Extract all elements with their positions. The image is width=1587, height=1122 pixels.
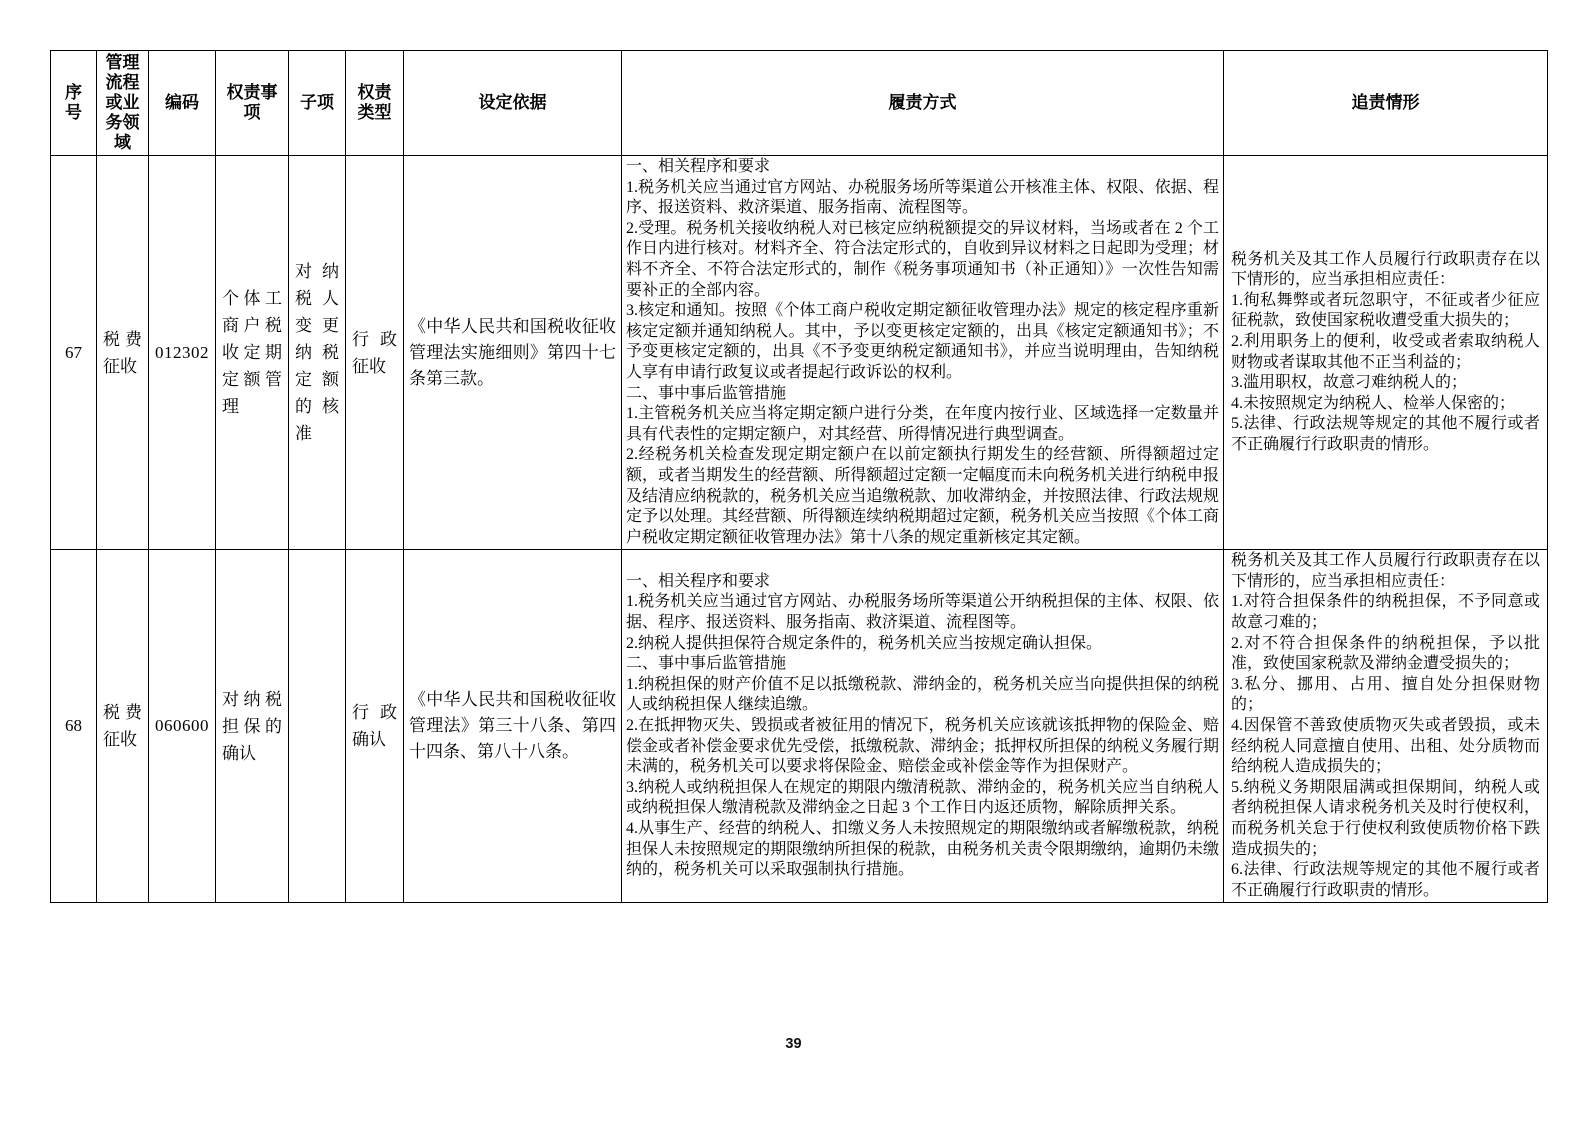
cell-basis: 《中华人民共和国税收征收管理法》第三十八条、第四十四条、第八十八条。 — [404, 550, 622, 903]
cell-subitem — [289, 550, 346, 903]
page-number: 39 — [0, 1036, 1587, 1052]
responsibility-list-table: 序号 管理流程或业务领域 编码 权责事项 子项 权责类型 设定依据 履责方式 追… — [50, 50, 1548, 903]
cell-liability: 税务机关及其工作人员履行行政职责存在以下情形的，应当承担相应责任： 1.徇私舞弊… — [1224, 156, 1548, 550]
col-header-type: 权责类型 — [346, 51, 404, 156]
header-row: 序号 管理流程或业务领域 编码 权责事项 子项 权责类型 设定依据 履责方式 追… — [51, 51, 1548, 156]
cell-duty-method: 一、相关程序和要求 1.税务机关应当通过官方网站、办税服务场所等渠道公开纳税担保… — [622, 550, 1224, 903]
col-header-basis: 设定依据 — [404, 51, 622, 156]
cell-type: 行政确认 — [346, 550, 404, 903]
table-row-67: 67 税费征收 012302 个体工商户税收定期定额管理 对纳税人变更纳税定额的… — [51, 156, 1548, 550]
cell-business-area: 税费征收 — [97, 550, 149, 903]
cell-code: 012302 — [149, 156, 216, 550]
cell-type: 行政征收 — [346, 156, 404, 550]
col-header-duty-method: 履责方式 — [622, 51, 1224, 156]
cell-subitem: 对纳税人变更纳税定额的核准 — [289, 156, 346, 550]
cell-code: 060600 — [149, 550, 216, 903]
col-header-matter: 权责事项 — [216, 51, 289, 156]
table-row-68: 68 税费征收 060600 对纳税担保的确认 行政确认 《中华人民共和国税收征… — [51, 550, 1548, 903]
cell-liability: 税务机关及其工作人员履行行政职责存在以下情形的，应当承担相应责任： 1.对符合担… — [1224, 550, 1548, 903]
cell-matter: 个体工商户税收定期定额管理 — [216, 156, 289, 550]
cell-business-area: 税费征收 — [97, 156, 149, 550]
col-header-business-area: 管理流程或业务领域 — [97, 51, 149, 156]
cell-basis: 《中华人民共和国税收征收管理法实施细则》第四十七条第三款。 — [404, 156, 622, 550]
col-header-liability: 追责情形 — [1224, 51, 1548, 156]
col-header-code: 编码 — [149, 51, 216, 156]
document-page: 序号 管理流程或业务领域 编码 权责事项 子项 权责类型 设定依据 履责方式 追… — [0, 0, 1587, 1122]
cell-serial-number: 68 — [51, 550, 97, 903]
cell-duty-method: 一、相关程序和要求 1.税务机关应当通过官方网站、办税服务场所等渠道公开核准主体… — [622, 156, 1224, 550]
cell-matter: 对纳税担保的确认 — [216, 550, 289, 903]
cell-serial-number: 67 — [51, 156, 97, 550]
col-header-subitem: 子项 — [289, 51, 346, 156]
col-header-serial-number: 序号 — [51, 51, 97, 156]
